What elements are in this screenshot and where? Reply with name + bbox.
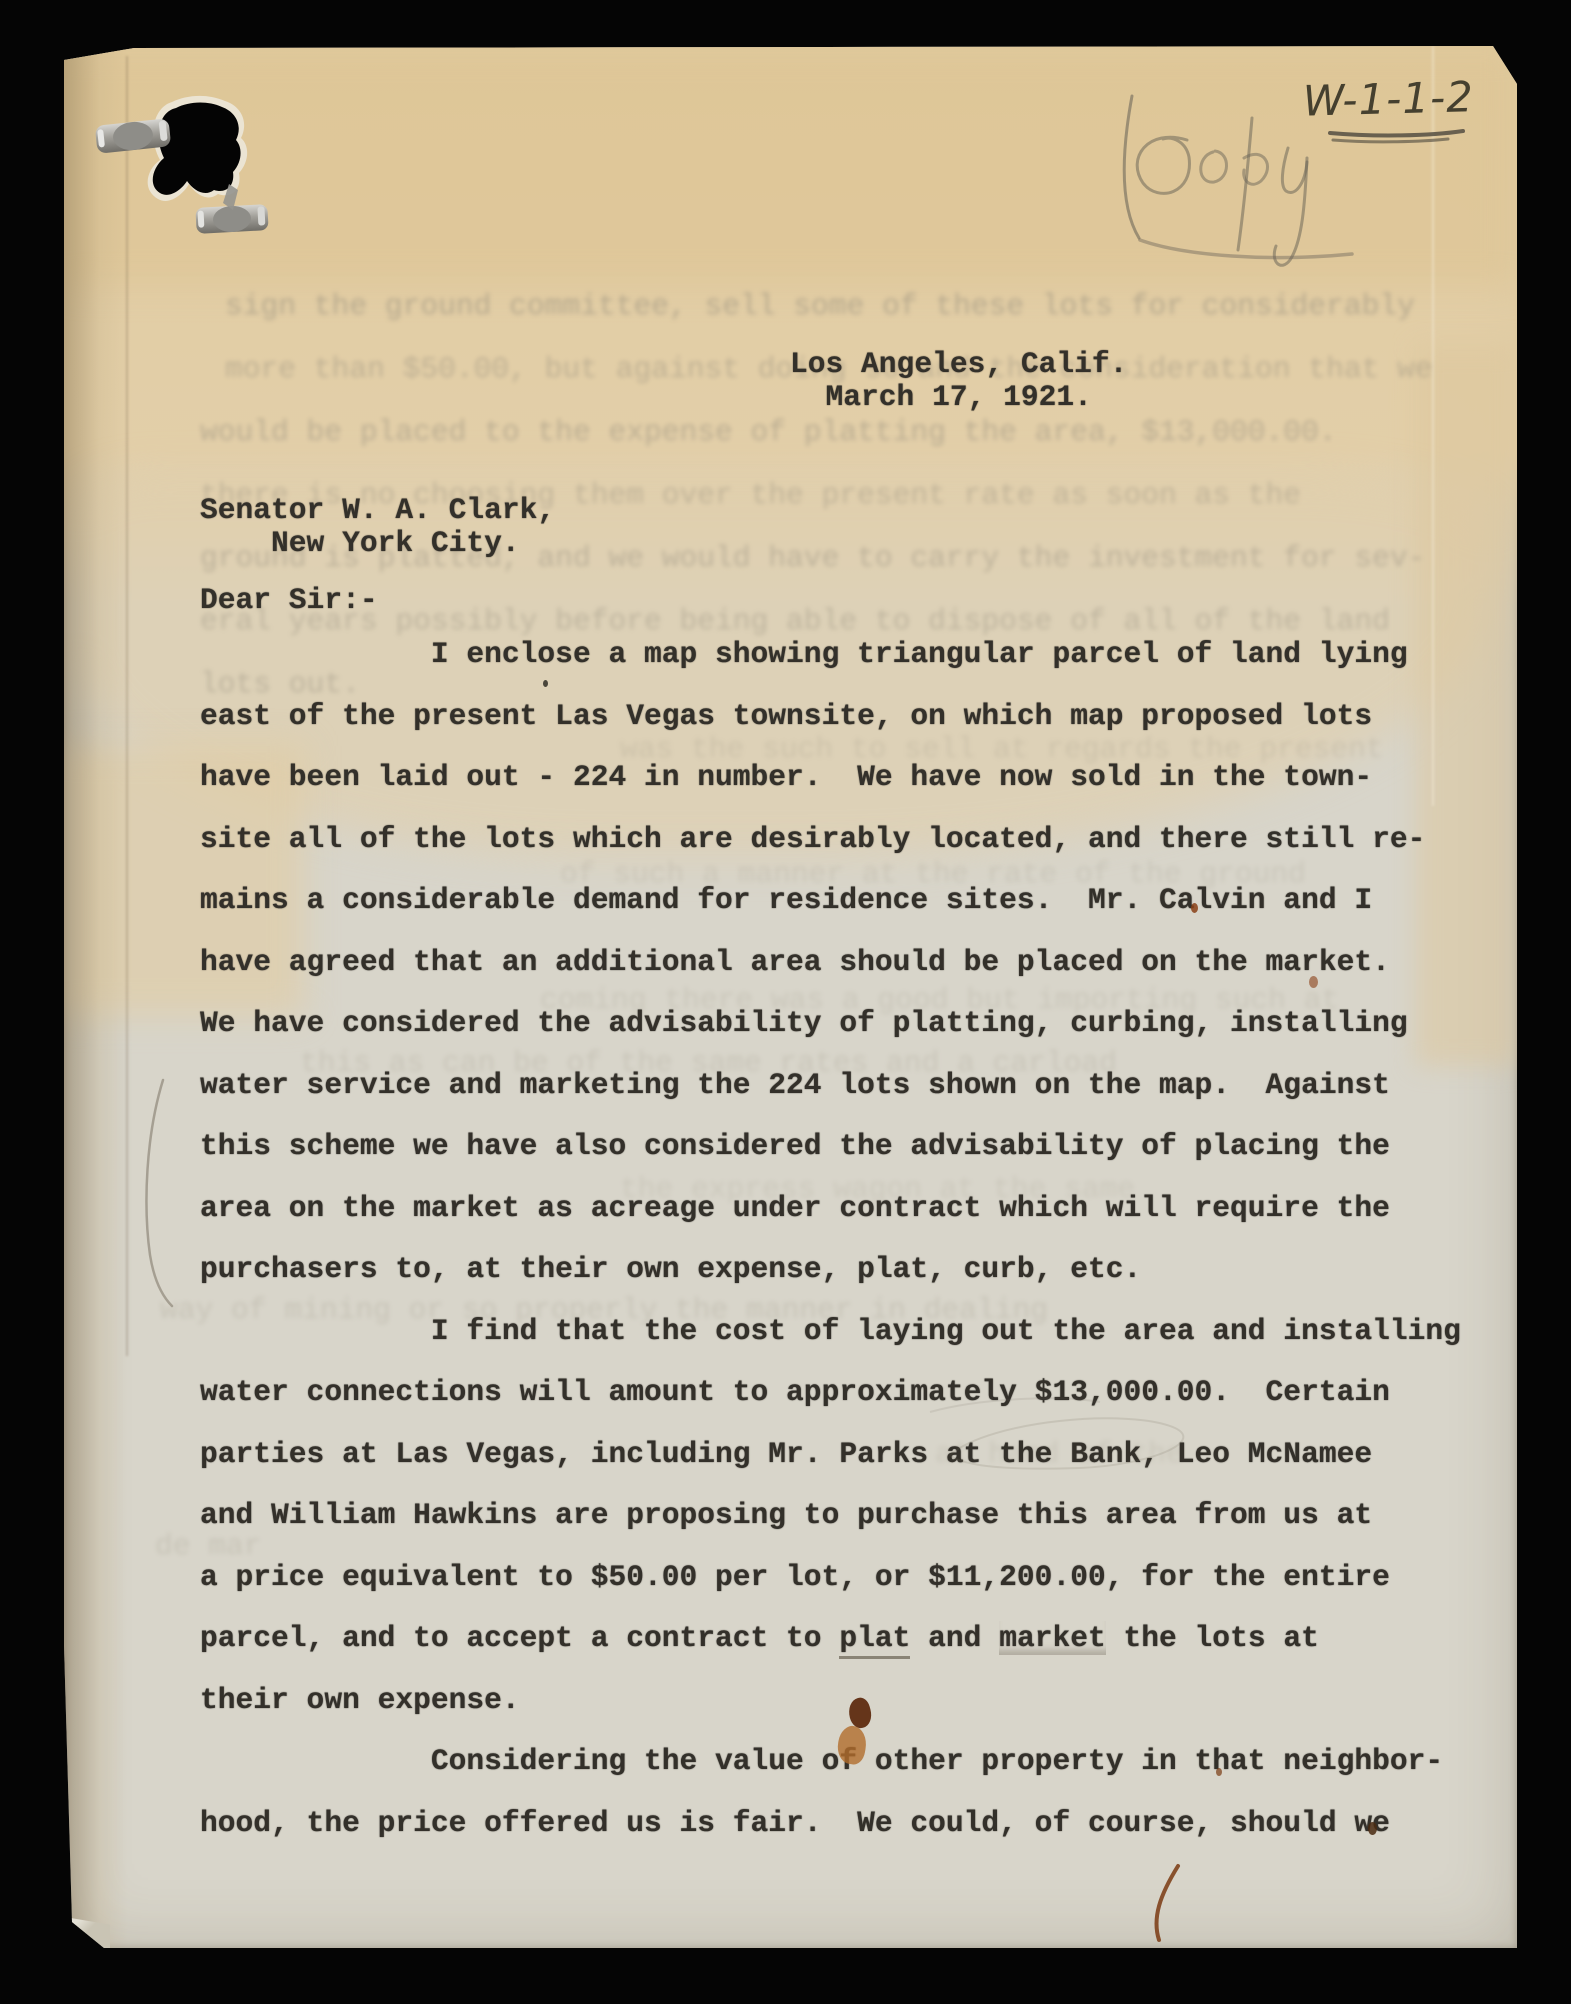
aged-tan-region-right-edge <box>1416 346 1517 1066</box>
recipient-name: Senator W. A. Clark, <box>200 494 555 527</box>
letter-line: water service and marketing the 224 lots… <box>200 1069 1390 1102</box>
letter-line: water connections will amount to approxi… <box>200 1376 1390 1409</box>
dateline-city: Los Angeles, Calif. <box>790 348 1127 381</box>
scanned-letter-photograph: { "document_type": "typewritten letter (… <box>0 0 1571 2004</box>
letter-line: this scheme we have also considered the … <box>200 1130 1390 1163</box>
bleedthrough-line: eral years possibly before being able to… <box>200 605 1390 638</box>
bleedthrough-line: sign the ground committee, sell some of … <box>225 290 1415 323</box>
left-crease-line <box>126 56 128 1356</box>
aged-tan-region-deep <box>64 46 1517 286</box>
letter-line: hood, the price offered us is fair. We c… <box>200 1807 1390 1840</box>
right-crease-line <box>1432 46 1434 806</box>
letter-line: Considering the value of other property … <box>200 1745 1443 1778</box>
letter-line: have agreed that an additional area shou… <box>200 946 1390 979</box>
letter-line: and William Hawkins are proposing to pur… <box>200 1499 1372 1532</box>
letter-line: I enclose a map showing triangular parce… <box>200 638 1408 671</box>
paper-stain <box>1216 1768 1222 1776</box>
handwritten-file-code: W-1-1-2 <box>1302 71 1503 125</box>
letter-line: purchasers to, at their own expense, pla… <box>200 1253 1141 1286</box>
bleedthrough-line: lots out. <box>200 668 360 701</box>
bleedthrough-line: de mar <box>155 1530 262 1563</box>
letter-line: east of the present Las Vegas townsite, … <box>200 700 1372 733</box>
letter-line: I find that the cost of laying out the a… <box>200 1315 1461 1348</box>
letter-line: parcel, and to accept a contract to plat… <box>200 1622 1319 1655</box>
letter-line: site all of the lots which are desirably… <box>200 823 1425 856</box>
smudge-underlined-word: market <box>999 1621 1106 1655</box>
paper-stain <box>1191 903 1198 913</box>
bleedthrough-line: would be placed to the expense of platti… <box>200 416 1337 449</box>
letter-line: their own expense. <box>200 1684 520 1717</box>
dateline-date: March 17, 1921. <box>790 381 1092 414</box>
recipient-city: New York City. <box>200 527 520 560</box>
paper-stain <box>1309 976 1318 988</box>
salutation: Dear Sir:- <box>200 584 378 617</box>
letter-line: We have considered the advisability of p… <box>200 1007 1408 1040</box>
pencil-underlined-word: plat <box>839 1621 910 1659</box>
bottom-left-corner-fold <box>64 1896 110 1948</box>
paper-stain <box>543 680 548 687</box>
letter-line: have been laid out - 224 in number. We h… <box>200 761 1372 794</box>
letter-line: a price equivalent to $50.00 per lot, or… <box>200 1561 1390 1594</box>
paper-left-edge-shading <box>64 46 128 1948</box>
letter-line: area on the market as acreage under cont… <box>200 1192 1390 1225</box>
paper-stain <box>1368 1822 1377 1835</box>
letter-line: parties at Las Vegas, including Mr. Park… <box>200 1438 1372 1471</box>
